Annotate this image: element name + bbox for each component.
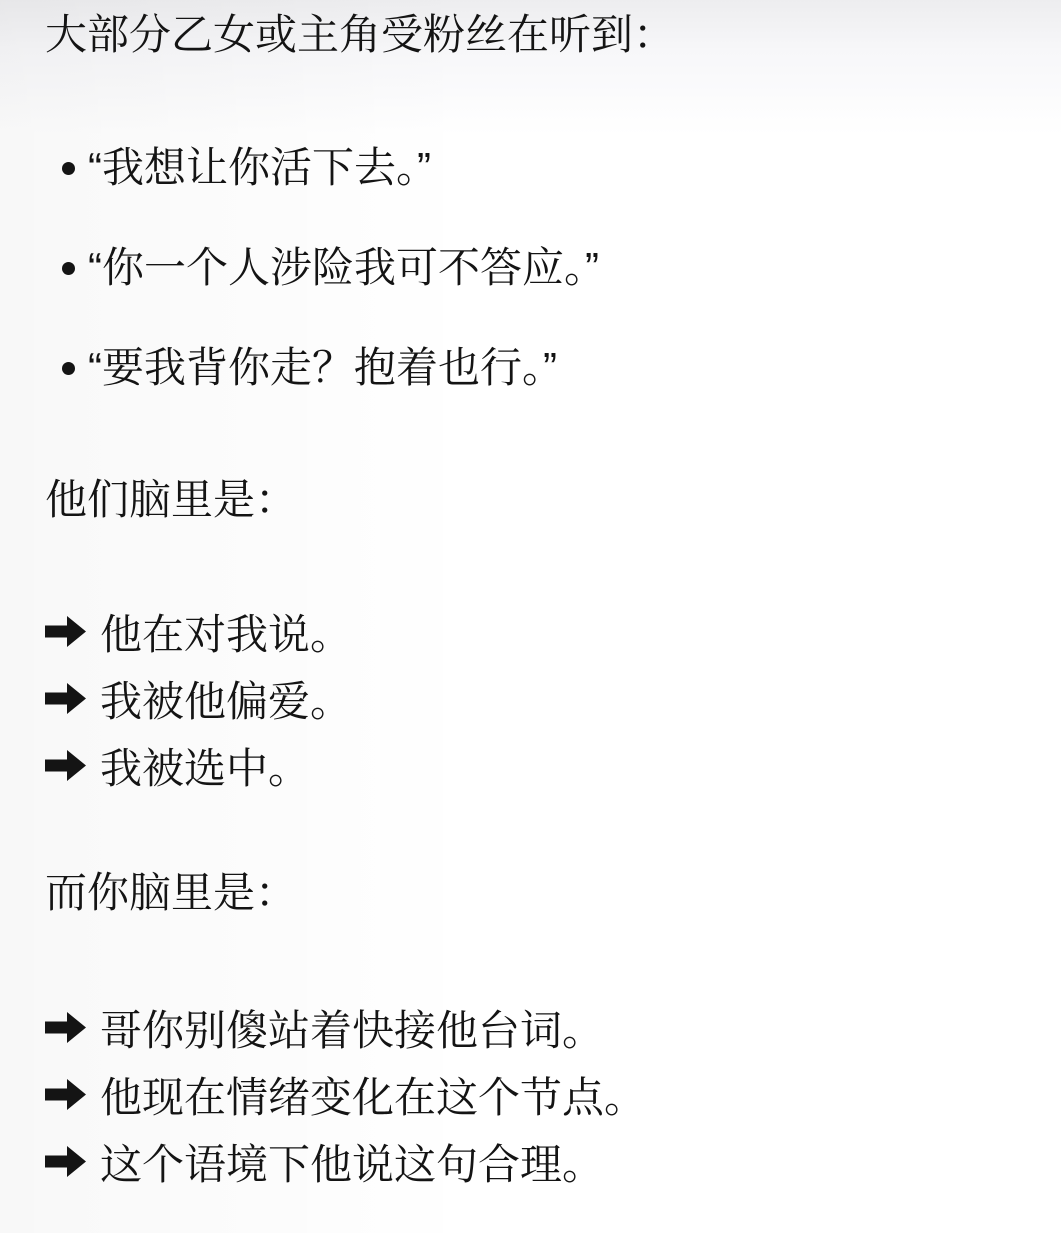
- list-item: “你一个人涉险我可不答应。”: [62, 246, 1031, 290]
- section-header-your-thoughts: 而你脑里是：: [45, 871, 1031, 915]
- arrow-item-text: 他在对我说。: [100, 602, 352, 662]
- right-arrow-icon: [45, 616, 86, 647]
- quote-text: “要我背你走？抱着也行。”: [88, 346, 557, 390]
- arrow-list-your-thoughts: 哥你别傻站着快接他台词。 他现在情绪变化在这个节点。 这个语境下他说这句合理。: [45, 994, 1031, 1195]
- list-item: 他现在情绪变化在这个节点。: [45, 1061, 1031, 1128]
- document-body: 大部分乙女或主角受粉丝在听到： “我想让你活下去。” “你一个人涉险我可不答应。…: [0, 0, 1061, 1195]
- intro-paragraph: 大部分乙女或主角受粉丝在听到：: [45, 13, 1031, 57]
- right-arrow-icon: [45, 683, 86, 714]
- list-item: 我被选中。: [45, 732, 1031, 799]
- quote-list: “我想让你活下去。” “你一个人涉险我可不答应。” “要我背你走？抱着也行。”: [45, 146, 1031, 390]
- arrow-item-text: 这个语境下他说这句合理。: [100, 1132, 604, 1192]
- right-arrow-icon: [45, 1146, 86, 1177]
- bullet-icon: [62, 262, 75, 275]
- list-item: 他在对我说。: [45, 598, 1031, 665]
- arrow-list-their-thoughts: 他在对我说。 我被他偏爱。 我被选中。: [45, 598, 1031, 799]
- quote-text: “你一个人涉险我可不答应。”: [88, 246, 599, 290]
- bullet-icon: [62, 362, 75, 375]
- list-item: 哥你别傻站着快接他台词。: [45, 994, 1031, 1061]
- arrow-item-text: 我被选中。: [100, 736, 310, 796]
- section-header-their-thoughts: 他们脑里是：: [45, 478, 1031, 522]
- right-arrow-icon: [45, 750, 86, 781]
- quote-text: “我想让你活下去。”: [88, 146, 431, 190]
- arrow-item-text: 他现在情绪变化在这个节点。: [100, 1065, 646, 1125]
- right-arrow-icon: [45, 1012, 86, 1043]
- list-item: “我想让你活下去。”: [62, 146, 1031, 190]
- arrow-item-text: 我被他偏爱。: [100, 669, 352, 729]
- list-item: 这个语境下他说这句合理。: [45, 1128, 1031, 1195]
- list-item: “要我背你走？抱着也行。”: [62, 346, 1031, 390]
- right-arrow-icon: [45, 1079, 86, 1110]
- arrow-item-text: 哥你别傻站着快接他台词。: [100, 998, 604, 1058]
- bullet-icon: [62, 162, 75, 175]
- list-item: 我被他偏爱。: [45, 665, 1031, 732]
